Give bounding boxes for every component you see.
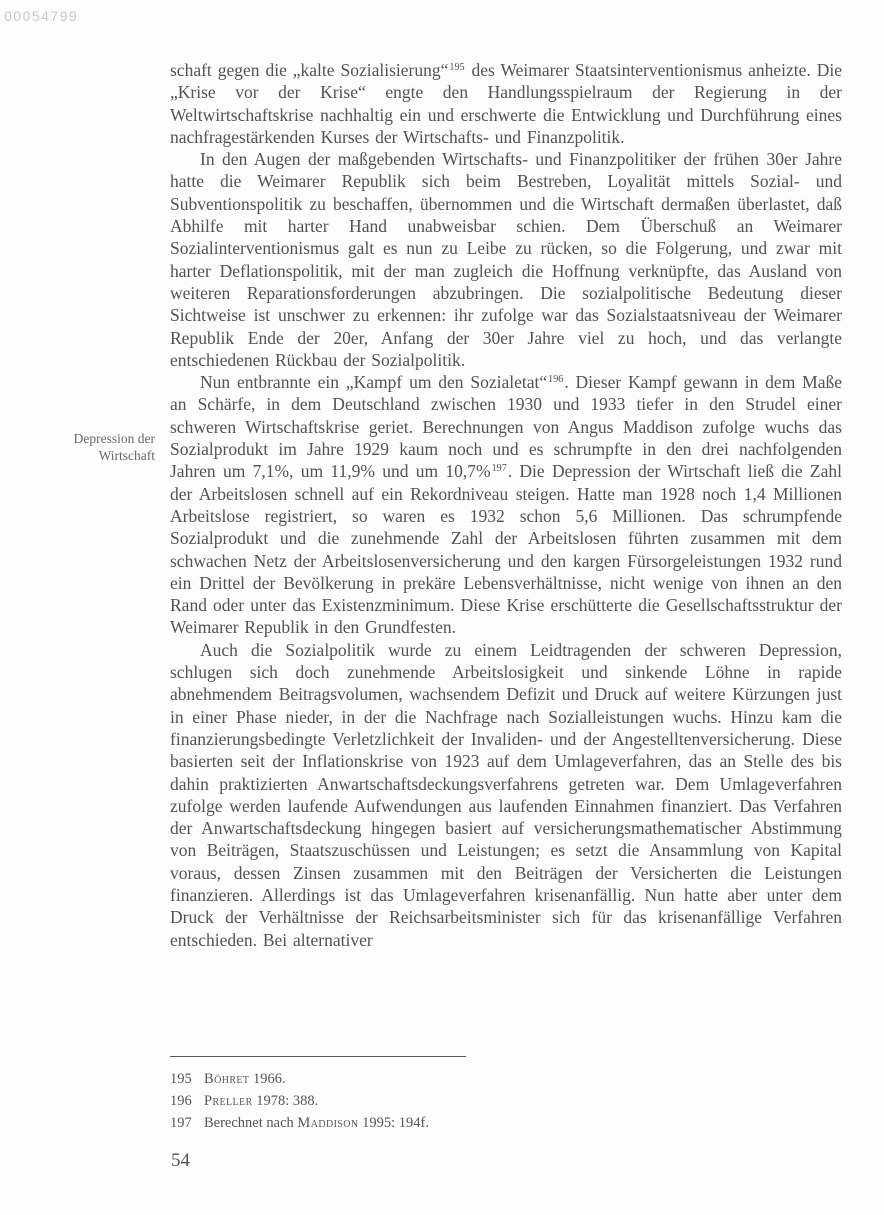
footnote-ref: 196 xyxy=(547,374,564,385)
page-number: 54 xyxy=(171,1150,190,1172)
margin-note-line1: Depression der xyxy=(74,431,155,446)
footnote-196: 196 Preller 1978: 388. xyxy=(170,1090,842,1112)
footnote-text: Böhret 1966. xyxy=(204,1068,286,1090)
small-caps-author: Böhret xyxy=(204,1071,249,1087)
footnote-197: 197 Berechnet nach Maddison 1995: 194f. xyxy=(170,1112,842,1134)
footnote-number: 196 xyxy=(170,1090,204,1112)
body-text-block: schaft gegen die „kalte Sozialisierung“1… xyxy=(170,59,842,951)
footnote-text: Preller 1978: 388. xyxy=(204,1090,318,1112)
footnote-ref: 195 xyxy=(448,62,465,73)
footnote-number: 195 xyxy=(170,1068,204,1090)
margin-note-line2: Wirtschaft xyxy=(99,448,155,463)
paragraph-1: schaft gegen die „kalte Sozialisierung“1… xyxy=(170,59,842,148)
small-caps-author: Maddison xyxy=(297,1115,358,1131)
footnote-195: 195 Böhret 1966. xyxy=(170,1068,842,1090)
footnote-ref: 197 xyxy=(491,463,508,474)
book-page-scan: 00054799 Depression der Wirtschaft schaf… xyxy=(0,0,884,1215)
small-caps-author: Preller xyxy=(204,1093,253,1109)
paragraph-4: Auch die Sozialpolitik wurde zu einem Le… xyxy=(170,639,842,951)
paragraph-3: Nun entbrannte ein „Kampf um den Soziale… xyxy=(170,371,842,639)
footnotes-block: 195 Böhret 1966. 196 Preller 1978: 388. … xyxy=(170,1056,842,1134)
scan-id-watermark: 00054799 xyxy=(4,8,78,24)
footnote-text: Berechnet nach Maddison 1995: 194f. xyxy=(204,1112,429,1134)
footnote-number: 197 xyxy=(170,1112,204,1134)
footnote-divider xyxy=(170,1056,466,1057)
paragraph-2: In den Augen der maßgebenden Wirtschafts… xyxy=(170,148,842,371)
margin-note: Depression der Wirtschaft xyxy=(50,431,155,464)
